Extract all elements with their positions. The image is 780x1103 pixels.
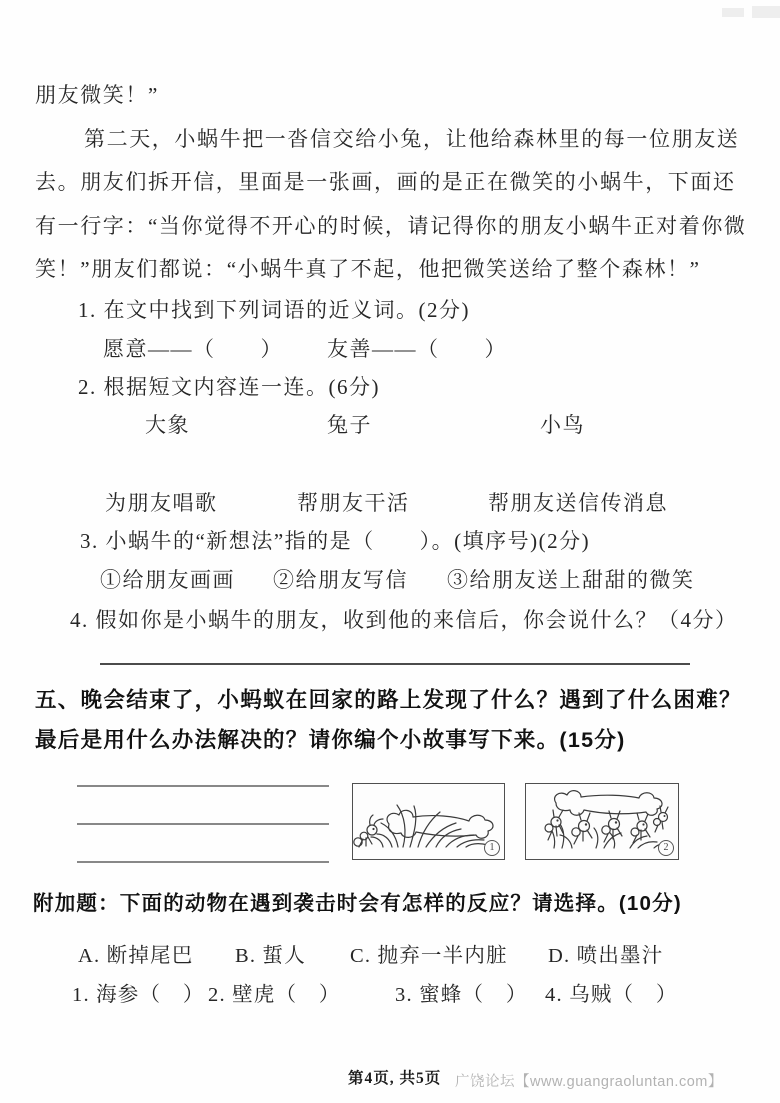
passage-line-4: 有一行字：“当你觉得不开心的时候，请记得你的朋友小蜗牛正对着你微 <box>35 205 751 249</box>
answer-writing-line <box>77 861 329 863</box>
q3-option-2: ②给朋友写信 <box>273 564 408 594</box>
bonus-item-cuttlefish: 4. 乌贼（ ） <box>545 977 678 1007</box>
bonus-choice-c: C. 抛弃一半内脏 <box>350 938 508 968</box>
question-2-label: 2. 根据短文内容连一连。(6分) <box>78 371 380 401</box>
exam-page: 朋友微笑！” 第二天，小蜗牛把一沓信交给小兔，让他给森林里的每一位朋友送 去。朋… <box>0 0 780 1103</box>
question-4-label: 4. 假如你是小蜗牛的朋友，收到他的来信后，你会说什么？（4分） <box>70 604 738 634</box>
story-picture-1: 1 <box>352 783 505 860</box>
passage-line-5: 笑！”朋友们都说：“小蜗牛真了不起，他把微笑送给了整个森林！” <box>35 248 751 292</box>
synonym-blank-yuanyi: 愿意——（ ） <box>103 333 283 363</box>
match-action-work: 帮朋友干活 <box>297 487 410 517</box>
bonus-item-sea-cucumber: 1. 海参（ ） <box>72 977 205 1007</box>
q3-option-3: ③给朋友送上甜甜的微笑 <box>447 564 695 594</box>
ant-finds-bone-illustration <box>353 784 504 859</box>
reading-passage: 朋友微笑！” 第二天，小蜗牛把一沓信交给小兔，让他给森林里的每一位朋友送 去。朋… <box>35 74 751 292</box>
section-5-line-2: 最后是用什么办法解决的？请你编个小故事写下来。(15分) <box>35 720 751 760</box>
bonus-choice-d: D. 喷出墨汁 <box>548 938 663 968</box>
bonus-question-title: 附加题：下面的动物在遇到袭击时会有怎样的反应？请选择。(10分) <box>33 886 682 916</box>
answer-writing-line <box>77 785 329 787</box>
section-5-heading: 五、晚会结束了，小蚂蚁在回家的路上发现了什么？遇到了什么困难？ 最后是用什么办法… <box>35 680 751 760</box>
story-picture-2: 2 <box>525 783 679 860</box>
answer-writing-line <box>77 823 329 825</box>
scan-artifact <box>752 6 780 18</box>
circled-1-label: 1 <box>484 840 500 856</box>
bonus-item-bee: 3. 蜜蜂（ ） <box>395 977 528 1007</box>
match-item-rabbit: 兔子 <box>327 409 372 439</box>
page-number: 第4页, 共5页 <box>348 1066 441 1088</box>
section-divider <box>100 663 690 665</box>
scan-artifact <box>722 8 744 17</box>
match-item-bird: 小鸟 <box>540 409 585 439</box>
forum-watermark: 广饶论坛【www.guangraoluntan.com】 <box>455 1070 723 1091</box>
section-5-line-1: 五、晚会结束了，小蚂蚁在回家的路上发现了什么？遇到了什么困难？ <box>35 680 751 720</box>
question-1-label: 1. 在文中找到下列词语的近义词。(2分) <box>78 294 470 324</box>
question-3-label: 3. 小蜗牛的“新想法”指的是（ ）。(填序号)(2分) <box>80 525 590 555</box>
passage-line-1: 朋友微笑！” <box>35 74 751 118</box>
match-action-sing: 为朋友唱歌 <box>105 487 218 517</box>
passage-line-3: 去。朋友们拆开信，里面是一张画，画的是正在微笑的小蜗牛，下面还 <box>35 161 751 205</box>
circled-2-label: 2 <box>658 840 674 856</box>
match-action-deliver: 帮朋友送信传消息 <box>488 487 668 517</box>
match-item-elephant: 大象 <box>145 409 190 439</box>
bonus-choice-b: B. 蜇人 <box>235 938 306 968</box>
synonym-blank-youshan: 友善——（ ） <box>327 333 507 363</box>
passage-line-2: 第二天，小蜗牛把一沓信交给小兔，让他给森林里的每一位朋友送 <box>35 118 751 162</box>
bonus-choice-a: A. 断掉尾巴 <box>78 938 193 968</box>
bonus-item-gecko: 2. 壁虎（ ） <box>208 977 341 1007</box>
q3-option-1: ①给朋友画画 <box>100 564 235 594</box>
ants-carrying-bone-illustration <box>526 784 678 859</box>
